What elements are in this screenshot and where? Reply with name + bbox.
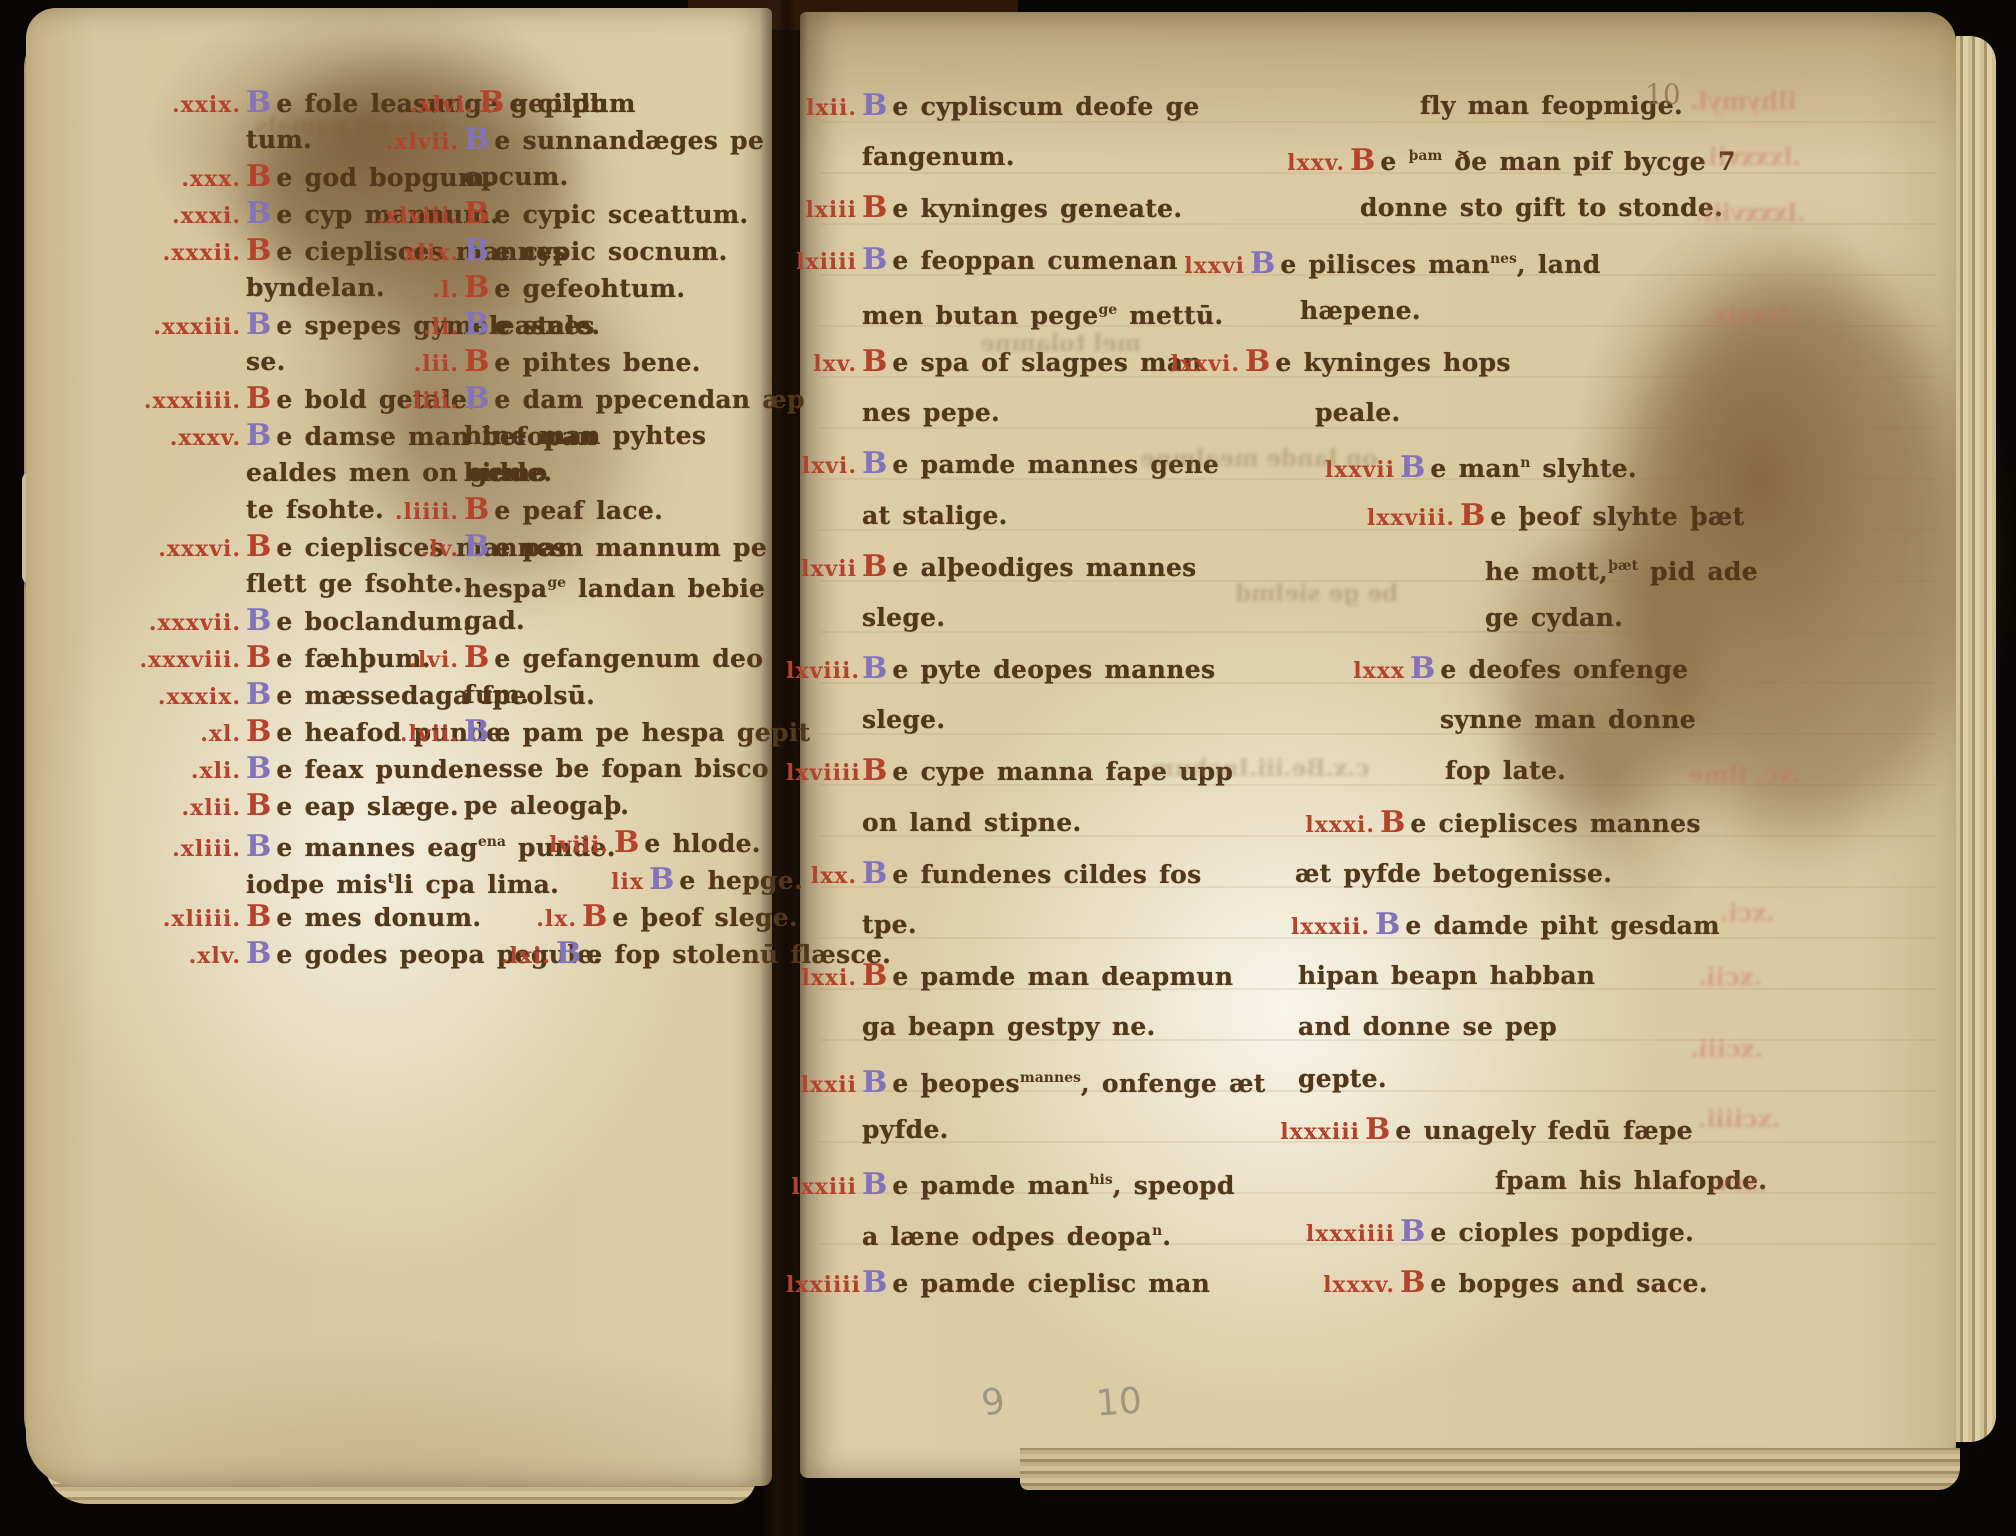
show-through-text: .xci. — [1720, 898, 1775, 927]
show-through-text: .xciii. — [1690, 1034, 1763, 1063]
pencil-mark-right: 10 — [1095, 1380, 1144, 1424]
show-through-text: .lxxxix. — [1705, 300, 1797, 329]
show-through-text: ilhymyl. — [1690, 86, 1796, 115]
show-through-text: c.x.Be.iii.Inchum — [1150, 755, 1369, 782]
show-through-text: .lxxxviii. — [1695, 198, 1805, 227]
show-through-text: on lande mealmne — [1140, 445, 1377, 472]
show-through-text: .xciiii. — [1698, 1104, 1780, 1133]
show-through-layer: ilhymyl..lxxxvii..lxxxviii..lxxxix..xc. … — [0, 0, 2016, 1536]
show-through-text: .xc. ilme — [1688, 760, 1801, 789]
show-through-text: be ge sielmd — [1235, 580, 1398, 607]
folio-number: 10 — [1645, 78, 1681, 111]
show-through-text: .lxxxvii. — [1700, 142, 1801, 171]
show-through-text: .xcii. — [1698, 962, 1762, 991]
show-through-text: mel tolamne — [980, 330, 1141, 357]
show-through-text: .xcv. — [1710, 1168, 1767, 1197]
show-through-text: gen oft pamals — [255, 112, 446, 139]
manuscript-photo: .xxix.Be fole leasunge gepiphtum..xxx.Be… — [0, 0, 2016, 1536]
